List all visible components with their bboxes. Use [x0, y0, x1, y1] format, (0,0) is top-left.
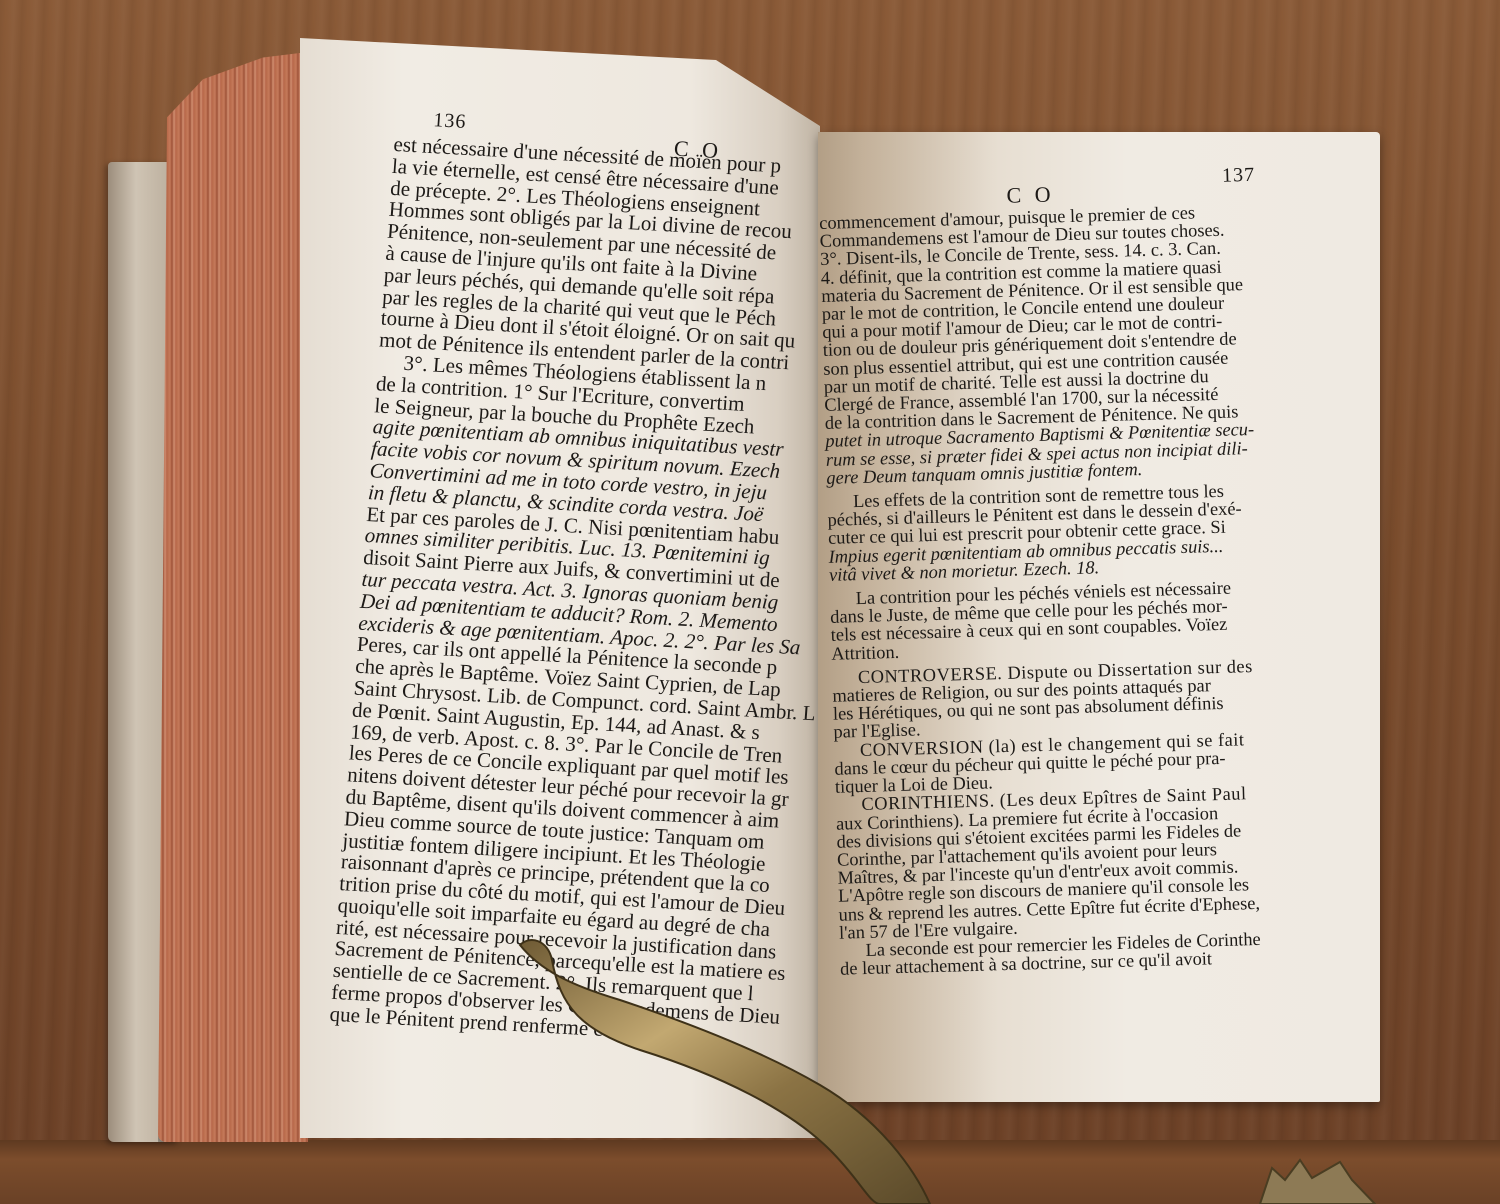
left-page-text: 136 C O est nécessaire d'une nécessité d…	[329, 112, 858, 1051]
wooden-table-edge	[0, 1140, 1500, 1204]
left-page-number: 136	[433, 110, 468, 134]
right-page-text: C O 137 commencement d'amour, puisque le…	[818, 166, 1269, 978]
right-page-number: 137	[1222, 166, 1255, 185]
right-running-head: C O	[1006, 185, 1055, 205]
red-page-edges	[158, 52, 308, 1142]
left-running-head: C O	[673, 138, 723, 162]
